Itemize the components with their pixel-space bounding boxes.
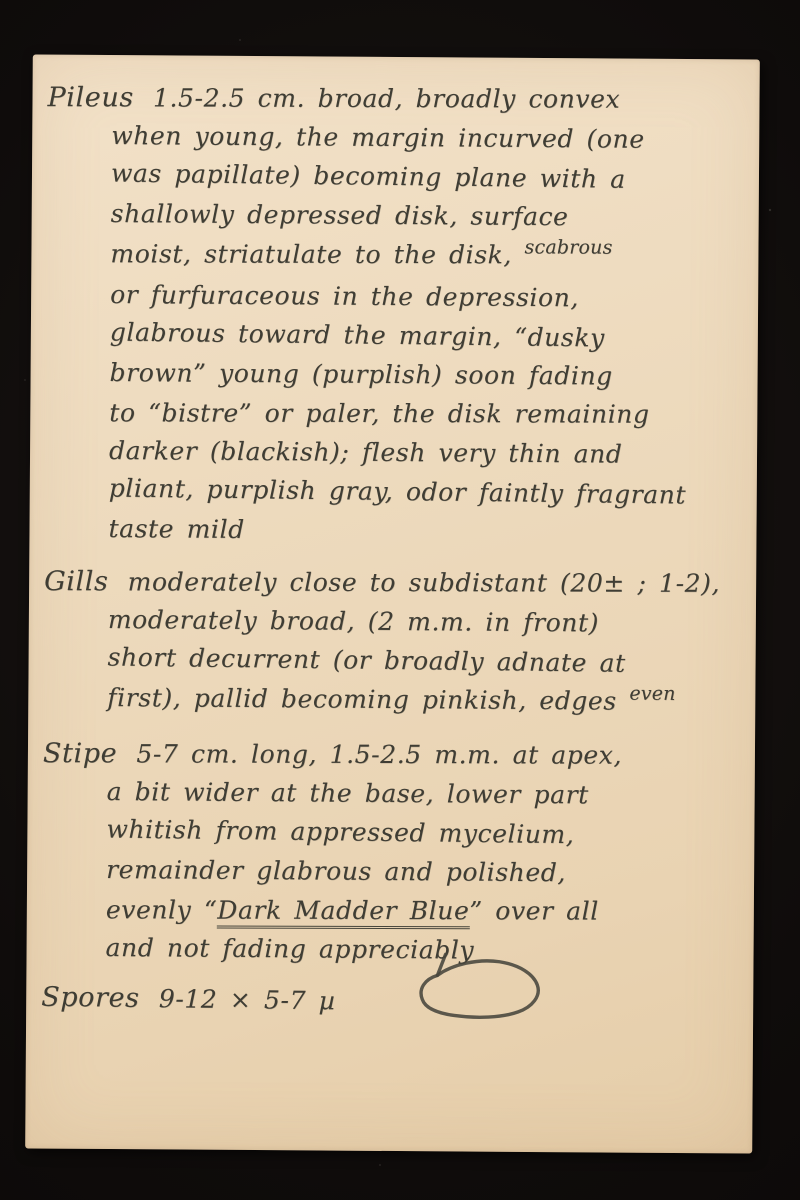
note-line-gills-1: moderately broad, (2 m.m. in front) (44, 600, 752, 644)
note-line-pileus-11: taste mild (44, 509, 752, 553)
note-line-stipe-3: remainder glabrous and polished, (42, 850, 750, 894)
note-line-stipe-1: a bit wider at the base, lower part (43, 772, 751, 816)
note-text-segment: ” over all (469, 896, 599, 925)
note-line-stipe-2: whitish from appressed mycelium, (42, 809, 750, 857)
note-text-segment: moderately broad, (2 m.m. in front) (108, 605, 599, 637)
note-text-segment: or furfuraceous in the depression, (110, 280, 579, 312)
note-line-pileus-10: pliant, purplish gray, odor faintly frag… (45, 468, 753, 516)
note-line-pileus-4: moist, striatulate to the disk, scabrous (46, 234, 754, 278)
note-text-segment: 5-7 cm. long, 1.5-2.5 m.m. at apex, (136, 739, 622, 769)
section-keyword-gills: Gills (44, 566, 128, 597)
note-text-segment: a bit wider at the base, lower part (107, 777, 589, 809)
spore-outline-sketch-icon (414, 950, 547, 1031)
note-text-segment: shallowly depressed disk, surface (111, 199, 569, 231)
note-line-spores-0: Spores 9-12 × 5-7 µ (41, 978, 749, 1026)
note-text-segment: when young, the margin incurved (one (111, 121, 645, 154)
color-name-dark-madder-blue: Dark Madder Blue (217, 896, 469, 930)
note-text-segment: evenly “ (106, 895, 218, 924)
note-text-segment: 1.5-2.5 cm. broad, broadly convex (153, 83, 620, 113)
note-line-pileus-2: was papillate) becoming plane with a (47, 153, 755, 201)
note-line-gills-0: Gills moderately close to subdistant (20… (44, 562, 752, 603)
note-line-stipe-5: and not fading appreciably (41, 928, 749, 972)
note-text-segment: 9-12 × 5-7 µ (159, 984, 336, 1015)
note-line-pileus-8: to “bistre” or paler, the disk remaining (45, 393, 753, 434)
note-line-stipe-4: evenly “Dark Madder Blue” over all (42, 890, 750, 931)
note-line-pileus-3: shallowly depressed disk, surface (47, 194, 755, 238)
note-text-segment: moist, striatulate to the disk, (110, 239, 524, 269)
note-text-segment: pliant, purplish gray, odor faintly frag… (109, 473, 687, 509)
note-line-pileus-1: when young, the margin incurved (one (47, 116, 755, 160)
note-card: Pileus 1.5-2.5 cm. broad, broadly convex… (25, 54, 760, 1153)
section-keyword-spores: Spores (41, 982, 159, 1014)
note-text-segment: first), pallid becoming pinkish, edges (107, 683, 629, 716)
note-text-segment: glabrous toward the margin, “dusky (110, 318, 605, 353)
note-text: Pileus 1.5-2.5 cm. broad, broadly convex… (41, 77, 756, 1024)
section-keyword-pileus: Pileus (47, 82, 153, 113)
note-line-pileus-7: brown” young (purplish) soon fading (45, 353, 753, 397)
photo-background: Pileus 1.5-2.5 cm. broad, broadly convex… (0, 0, 800, 1200)
note-line-gills-3: first), pallid becoming pinkish, edges e… (43, 678, 751, 725)
note-text-segment: taste mild (108, 514, 244, 544)
note-text-segment: to “bistre” or paler, the disk remaining (109, 398, 649, 428)
note-text-segment: darker (blackish); flesh very thin and (109, 436, 623, 469)
note-line-pileus-0: Pileus 1.5-2.5 cm. broad, broadly convex (47, 78, 755, 119)
note-line-pileus-6: glabrous toward the margin, “dusky (46, 312, 754, 360)
note-text-segment: remainder glabrous and polished, (106, 855, 566, 887)
note-text-segment: even (629, 683, 675, 705)
section-keyword-stipe: Stipe (43, 738, 137, 769)
note-line-pileus-5: or furfuraceous in the depression, (46, 275, 754, 319)
note-text-segment: moderately close to subdistant (20± ; 1-… (128, 567, 720, 598)
note-text-segment: was papillate) becoming plane with a (111, 159, 626, 194)
note-text-segment: scabrous (525, 236, 613, 258)
note-text-segment: whitish from appressed mycelium, (106, 814, 574, 849)
note-line-pileus-9: darker (blackish); flesh very thin and (45, 431, 753, 475)
note-line-stipe-0: Stipe 5-7 cm. long, 1.5-2.5 m.m. at apex… (43, 734, 751, 775)
note-text-segment: brown” young (purplish) soon fading (110, 358, 613, 391)
note-text-segment: short decurrent (or broadly adnate at (107, 642, 625, 677)
note-line-gills-2: short decurrent (or broadly adnate at (43, 637, 751, 685)
